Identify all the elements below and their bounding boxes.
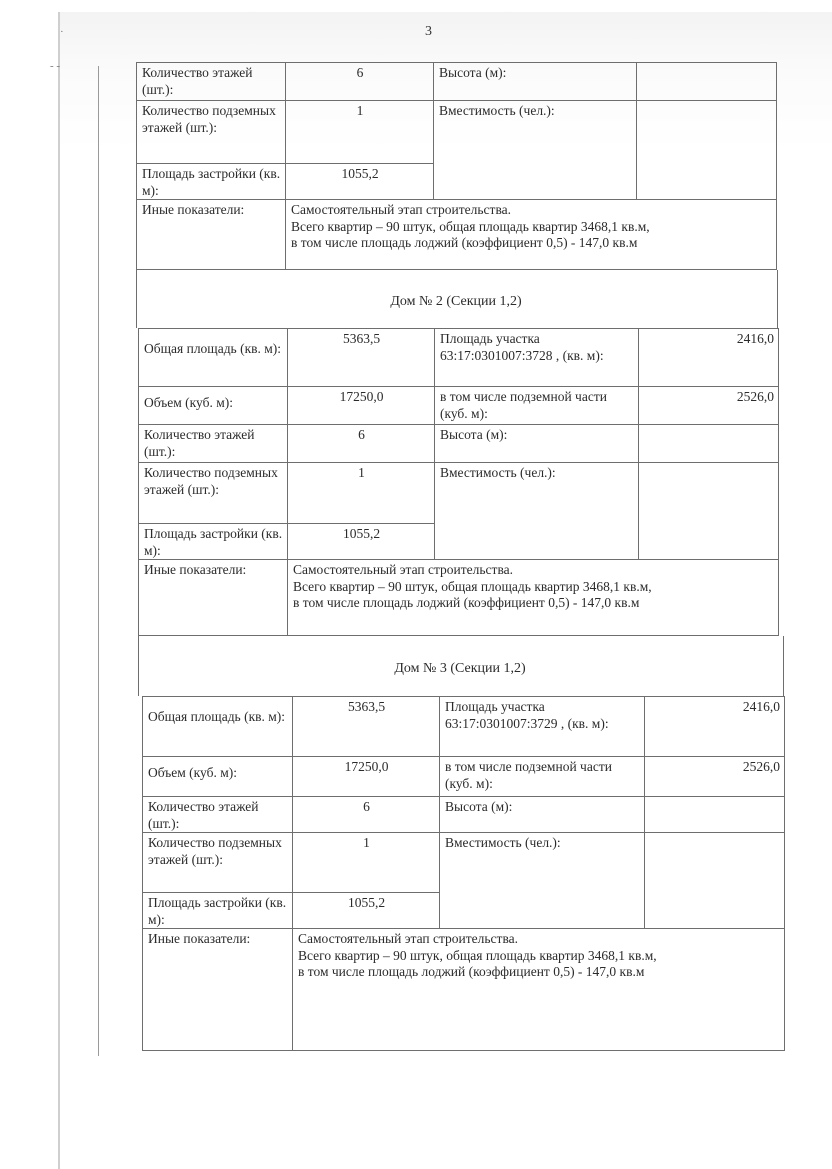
- other-line: в том числе площадь лоджий (коэффициент …: [291, 235, 772, 252]
- capacity-value: [645, 833, 785, 929]
- volume-value: 17250,0: [288, 387, 435, 425]
- house-3-table: Общая площадь (кв. м): 5363,5 Площадь уч…: [142, 696, 785, 1051]
- other-line: Самостоятельный этап строительства.: [293, 562, 774, 579]
- height-label: Высота (м):: [435, 425, 639, 463]
- underground-floors-value: 1: [286, 101, 434, 164]
- underground-volume-value: 2526,0: [639, 387, 779, 425]
- plot-area-value: 2416,0: [639, 329, 779, 387]
- floors-label: Количество этажей (шт.):: [143, 797, 293, 833]
- underground-volume-value: 2526,0: [645, 757, 785, 797]
- house-2-table: Общая площадь (кв. м): 5363,5 Площадь уч…: [138, 328, 779, 636]
- height-label: Высота (м):: [440, 797, 645, 833]
- underground-volume-label: в том числе подземной части (куб. м):: [435, 387, 639, 425]
- total-area-value: 5363,5: [288, 329, 435, 387]
- underground-floors-value: 1: [293, 833, 440, 893]
- page-number: 3: [425, 24, 432, 40]
- other-value: Самостоятельный этап строительства. Всег…: [288, 560, 779, 636]
- other-line: Всего квартир – 90 штук, общая площадь к…: [291, 219, 772, 236]
- other-line: Самостоятельный этап строительства.: [291, 202, 772, 219]
- house1-continuation-table: Количество этажей (шт.): 6 Высота (м): К…: [136, 62, 777, 270]
- underground-floors-label: Количество подземных этажей (шт.):: [143, 833, 293, 893]
- total-area-label: Общая площадь (кв. м):: [139, 329, 288, 387]
- built-area-value: 1055,2: [288, 524, 435, 560]
- height-value: [637, 63, 777, 101]
- volume-label: Объем (куб. м):: [143, 757, 293, 797]
- underground-floors-label: Количество подземных этажей (шт.):: [137, 101, 286, 164]
- plot-area-value: 2416,0: [645, 697, 785, 757]
- other-line: Самостоятельный этап строительства.: [298, 931, 780, 948]
- other-label: Иные показатели:: [143, 929, 293, 1051]
- floors-value: 6: [288, 425, 435, 463]
- capacity-label: Вместимость (чел.):: [440, 833, 645, 929]
- height-value: [645, 797, 785, 833]
- floors-value: 6: [286, 63, 434, 101]
- capacity-value: [637, 101, 777, 200]
- built-area-label: Площадь застройки (кв. м):: [137, 164, 286, 200]
- floors-label: Количество этажей (шт.):: [139, 425, 288, 463]
- floors-value: 6: [293, 797, 440, 833]
- built-area-label: Площадь застройки (кв. м):: [143, 893, 293, 929]
- other-value: Самостоятельный этап строительства. Всег…: [293, 929, 785, 1051]
- other-line: в том числе площадь лоджий (коэффициент …: [293, 595, 774, 612]
- volume-label: Объем (куб. м):: [139, 387, 288, 425]
- capacity-value: [639, 463, 779, 560]
- house-3-title: Дом № 3 (Секции 1,2): [138, 661, 782, 677]
- built-area-value: 1055,2: [286, 164, 434, 200]
- total-area-label: Общая площадь (кв. м):: [143, 697, 293, 757]
- outer-table-left-border: [98, 66, 99, 1056]
- underground-volume-label: в том числе подземной части (куб. м):: [440, 757, 645, 797]
- capacity-label: Вместимость (чел.):: [435, 463, 639, 560]
- other-line: в том числе площадь лоджий (коэффициент …: [298, 964, 780, 981]
- plot-area-label: Площадь участка 63:17:0301007:3728 , (кв…: [435, 329, 639, 387]
- capacity-label: Вместимость (чел.):: [434, 101, 637, 200]
- other-value: Самостоятельный этап строительства. Всег…: [286, 200, 777, 270]
- height-value: [639, 425, 779, 463]
- built-area-value: 1055,2: [293, 893, 440, 929]
- volume-value: 17250,0: [293, 757, 440, 797]
- underground-floors-label: Количество подземных этажей (шт.):: [139, 463, 288, 524]
- scan-edge-mark: - -: [50, 60, 60, 72]
- underground-floors-value: 1: [288, 463, 435, 524]
- plot-area-label: Площадь участка 63:17:0301007:3729 , (кв…: [440, 697, 645, 757]
- total-area-value: 5363,5: [293, 697, 440, 757]
- other-label: Иные показатели:: [137, 200, 286, 270]
- other-line: Всего квартир – 90 штук, общая площадь к…: [293, 579, 774, 596]
- scan-edge-mark: ·: [60, 26, 64, 38]
- house-2-title: Дом № 2 (Секции 1,2): [136, 294, 776, 310]
- other-label: Иные показатели:: [139, 560, 288, 636]
- built-area-label: Площадь застройки (кв. м):: [139, 524, 288, 560]
- floors-label: Количество этажей (шт.):: [137, 63, 286, 101]
- height-label: Высота (м):: [434, 63, 637, 101]
- other-line: Всего квартир – 90 штук, общая площадь к…: [298, 948, 780, 965]
